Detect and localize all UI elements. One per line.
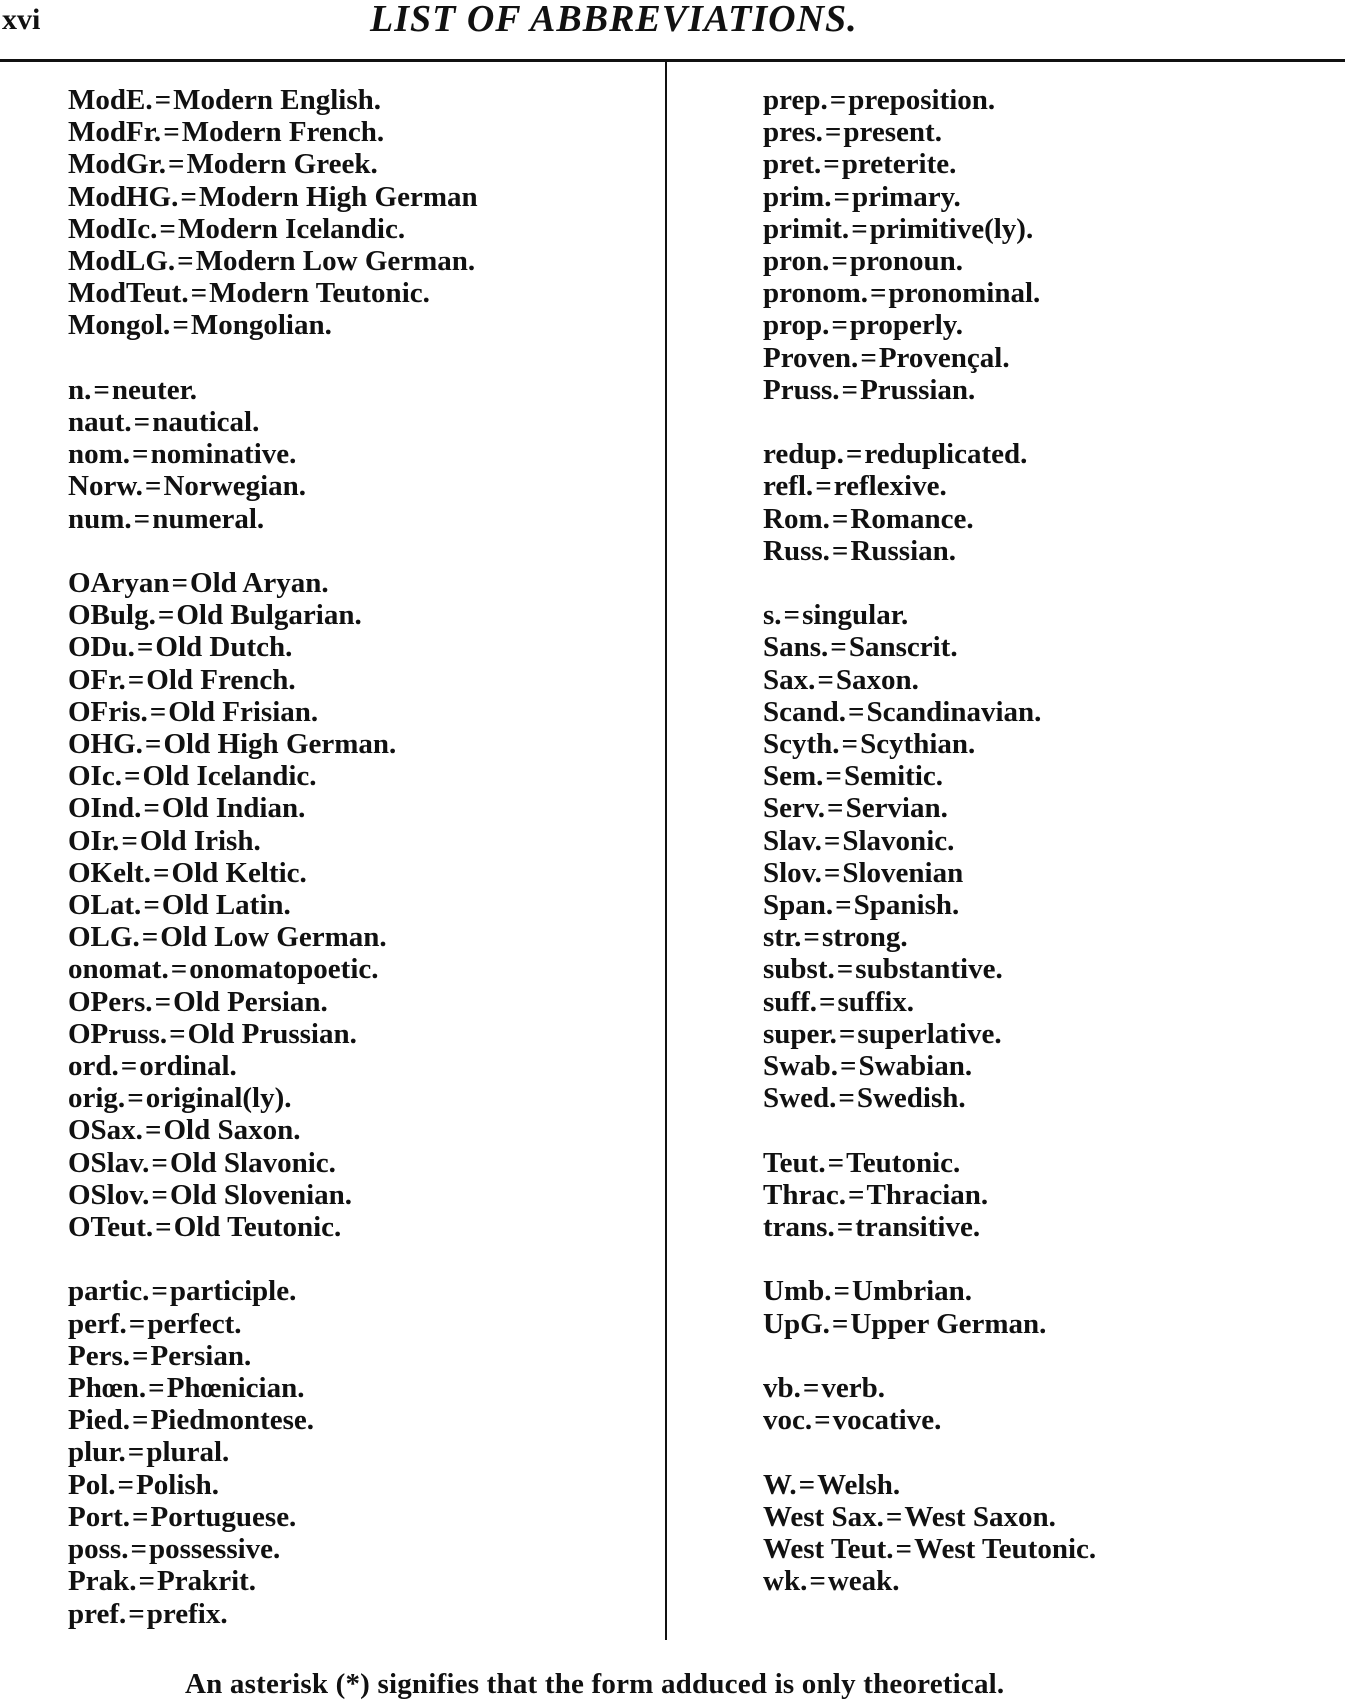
equals-sign: = — [170, 309, 191, 341]
meaning: Old Dutch. — [155, 631, 292, 663]
equals-sign: = — [831, 181, 852, 213]
equals-sign: = — [153, 1211, 174, 1243]
abbreviation-entry: Sax.=Saxon. — [763, 664, 1323, 696]
abbreviation: wk. — [763, 1565, 807, 1597]
meaning: Old Indian. — [162, 792, 305, 824]
meaning: Modern High German — [199, 181, 478, 213]
meaning: Modern French. — [182, 116, 384, 148]
abbreviation-entry: Phœn.=Phœnician. — [68, 1372, 648, 1404]
abbreviation-entry: OTeut.=Old Teutonic. — [68, 1211, 648, 1243]
equals-sign: = — [130, 438, 151, 470]
meaning: Modern Teutonic. — [209, 277, 430, 309]
abbreviation-entry: Port.=Portuguese. — [68, 1501, 648, 1533]
abbreviation: voc. — [763, 1404, 812, 1436]
equals-sign: = — [829, 245, 850, 277]
meaning: reflexive. — [834, 470, 947, 502]
equals-sign: = — [821, 148, 842, 180]
abbreviation: Scand. — [763, 696, 846, 728]
equals-sign: = — [175, 245, 196, 277]
abbreviation: pres. — [763, 116, 823, 148]
equals-sign: = — [119, 825, 140, 857]
meaning: preterite. — [842, 148, 957, 180]
abbreviation: Pol. — [68, 1469, 116, 1501]
abbreviation-entry: OIr.=Old Irish. — [68, 825, 648, 857]
abbreviation-group: partic.=participle.perf.=perfect.Pers.=P… — [68, 1275, 648, 1629]
equals-sign: = — [143, 1114, 164, 1146]
equals-sign: = — [823, 760, 844, 792]
abbreviation-entry: s.=singular. — [763, 599, 1323, 631]
abbreviation-entry: ModIc.=Modern Icelandic. — [68, 213, 648, 245]
abbreviation-entry: plur.=plural. — [68, 1436, 648, 1468]
equals-sign: = — [130, 1340, 151, 1372]
abbreviation-entry: OLat.=Old Latin. — [68, 889, 648, 921]
equals-sign: = — [153, 84, 174, 116]
abbreviation-entry: OInd.=Old Indian. — [68, 792, 648, 824]
meaning: Modern Greek. — [187, 148, 378, 180]
abbreviation: redup. — [763, 438, 844, 470]
abbreviation-entry: prim.=primary. — [763, 181, 1323, 213]
header-rule — [0, 59, 1345, 62]
equals-sign: = — [126, 664, 147, 696]
abbreviation: OSlav. — [68, 1147, 149, 1179]
equals-sign: = — [149, 1179, 170, 1211]
equals-sign: = — [837, 1018, 858, 1050]
equals-sign: = — [178, 181, 199, 213]
abbreviation-entry: ODu.=Old Dutch. — [68, 631, 648, 663]
equals-sign: = — [143, 728, 164, 760]
equals-sign: = — [130, 1501, 151, 1533]
abbreviation-entry: ModHG.=Modern High German — [68, 181, 648, 213]
abbreviation-group: OAryan=Old Aryan.OBulg.=Old Bulgarian.OD… — [68, 567, 648, 1243]
equals-sign: = — [826, 1147, 847, 1179]
abbreviation-entry: Prak.=Prakrit. — [68, 1565, 648, 1597]
abbreviation-entry: Thrac.=Thracian. — [763, 1179, 1323, 1211]
equals-sign: = — [836, 1082, 857, 1114]
meaning: Persian. — [151, 1340, 252, 1372]
meaning: Servian. — [846, 792, 948, 824]
abbreviation: OFris. — [68, 696, 148, 728]
equals-sign: = — [149, 1147, 170, 1179]
abbreviation: ModTeut. — [68, 277, 189, 309]
abbreviation: OPers. — [68, 986, 153, 1018]
meaning: primary. — [852, 181, 961, 213]
abbreviation: Sem. — [763, 760, 823, 792]
equals-sign: = — [143, 470, 164, 502]
abbreviation: primit. — [763, 213, 849, 245]
abbreviation: nom. — [68, 438, 130, 470]
abbreviation-entry: ModLG.=Modern Low German. — [68, 245, 648, 277]
abbreviation-entry: OFr.=Old French. — [68, 664, 648, 696]
abbreviation: perf. — [68, 1308, 127, 1340]
abbreviation-entry: Scyth.=Scythian. — [763, 728, 1323, 760]
meaning: present. — [843, 116, 942, 148]
abbreviation-group: vb.=verb.voc.=vocative. — [763, 1372, 1323, 1436]
abbreviation: ODu. — [68, 631, 135, 663]
equals-sign: = — [830, 503, 851, 535]
meaning: Prussian. — [860, 374, 975, 406]
meaning: Thracian. — [867, 1179, 989, 1211]
abbreviation-entry: Russ.=Russian. — [763, 535, 1323, 567]
meaning: pronominal. — [889, 277, 1041, 309]
equals-sign: = — [141, 889, 162, 921]
abbreviation-entry: OSax.=Old Saxon. — [68, 1114, 648, 1146]
equals-sign: = — [167, 1018, 188, 1050]
abbreviation-entry: poss.=possessive. — [68, 1533, 648, 1565]
abbreviation-entry: West Teut.=West Teutonic. — [763, 1533, 1323, 1565]
left-column: ModE.=Modern English.ModFr.=Modern Frenc… — [68, 84, 648, 1662]
abbreviation-entry: ModGr.=Modern Greek. — [68, 148, 648, 180]
abbreviation-entry: Swab.=Swabian. — [763, 1050, 1323, 1082]
abbreviation-entry: wk.=weak. — [763, 1565, 1323, 1597]
equals-sign: = — [858, 342, 879, 374]
abbreviation-entry: orig.=original(ly). — [68, 1082, 648, 1114]
meaning: Polish. — [136, 1469, 219, 1501]
abbreviation: OSax. — [68, 1114, 143, 1146]
equals-sign: = — [815, 664, 836, 696]
equals-sign: = — [91, 374, 112, 406]
meaning: nominative. — [151, 438, 297, 470]
meaning: Old Aryan. — [190, 567, 329, 599]
abbreviation: ModE. — [68, 84, 153, 116]
meaning: verb. — [821, 1372, 885, 1404]
abbreviation-entry: prep.=preposition. — [763, 84, 1323, 116]
abbreviation: poss. — [68, 1533, 128, 1565]
abbreviation: Thrac. — [763, 1179, 846, 1211]
abbreviation: ord. — [68, 1050, 119, 1082]
abbreviation: Serv. — [763, 792, 825, 824]
equals-sign: = — [135, 631, 156, 663]
meaning: Modern English. — [173, 84, 381, 116]
abbreviation-entry: perf.=perfect. — [68, 1308, 648, 1340]
abbreviation-entry: prop.=properly. — [763, 309, 1323, 341]
meaning: substantive. — [855, 953, 1002, 985]
abbreviation: ModHG. — [68, 181, 178, 213]
abbreviation-entry: West Sax.=West Saxon. — [763, 1501, 1323, 1533]
abbreviation: Scyth. — [763, 728, 840, 760]
abbreviation: num. — [68, 503, 132, 535]
abbreviation: pret. — [763, 148, 821, 180]
abbreviation: OInd. — [68, 792, 141, 824]
abbreviation: partic. — [68, 1275, 149, 1307]
equals-sign: = — [801, 1372, 822, 1404]
meaning: participle. — [170, 1275, 296, 1307]
equals-sign: = — [119, 1050, 140, 1082]
abbreviation-group: n.=neuter.naut.=nautical.nom.=nominative… — [68, 374, 648, 535]
equals-sign: = — [835, 1211, 856, 1243]
meaning: Modern Icelandic. — [178, 213, 405, 245]
abbreviation-group: prep.=preposition.pres.=present.pret.=pr… — [763, 84, 1323, 406]
abbreviation: OPruss. — [68, 1018, 167, 1050]
meaning: Old Latin. — [162, 889, 291, 921]
meaning: weak. — [828, 1565, 900, 1597]
abbreviation-entry: Proven.=Provençal. — [763, 342, 1323, 374]
equals-sign: = — [828, 84, 849, 116]
meaning: onomatopoetic. — [189, 953, 378, 985]
equals-sign: = — [807, 1565, 828, 1597]
meaning: Piedmontese. — [151, 1404, 315, 1436]
equals-sign: = — [170, 567, 191, 599]
abbreviation-group: W.=Welsh.West Sax.=West Saxon.West Teut.… — [763, 1469, 1323, 1598]
abbreviation-entry: OSlov.=Old Slovenian. — [68, 1179, 648, 1211]
abbreviation: onomat. — [68, 953, 169, 985]
equals-sign: = — [830, 535, 851, 567]
equals-sign: = — [125, 1082, 146, 1114]
abbreviation: Proven. — [763, 342, 858, 374]
meaning: Swedish. — [857, 1082, 966, 1114]
equals-sign: = — [828, 631, 849, 663]
abbreviation-group: Umb.=Umbrian.UpG.=Upper German. — [763, 1275, 1323, 1339]
meaning: Old Persian. — [173, 986, 328, 1018]
equals-sign: = — [122, 760, 143, 792]
meaning: nautical. — [152, 406, 259, 438]
abbreviation-entry: OFris.=Old Frisian. — [68, 696, 648, 728]
meaning: pronoun. — [850, 245, 963, 277]
meaning: possessive. — [149, 1533, 280, 1565]
abbreviation: n. — [68, 374, 91, 406]
equals-sign: = — [838, 1050, 859, 1082]
abbreviation: OLG. — [68, 921, 140, 953]
abbreviation: refl. — [763, 470, 813, 502]
abbreviation-entry: ModE.=Modern English. — [68, 84, 648, 116]
abbreviation: W. — [763, 1469, 797, 1501]
abbreviation-entry: Scand.=Scandinavian. — [763, 696, 1323, 728]
meaning: Old Icelandic. — [143, 760, 317, 792]
meaning: Umbrian. — [852, 1275, 972, 1307]
abbreviation: orig. — [68, 1082, 125, 1114]
abbreviation: prep. — [763, 84, 828, 116]
abbreviation-entry: pronom.=pronominal. — [763, 277, 1323, 309]
abbreviation: Umb. — [763, 1275, 831, 1307]
equals-sign: = — [868, 277, 889, 309]
equals-sign: = — [831, 1275, 852, 1307]
abbreviation-entry: primit.=primitive(ly). — [763, 213, 1323, 245]
equals-sign: = — [126, 1436, 147, 1468]
abbreviation: pron. — [763, 245, 829, 277]
equals-sign: = — [849, 213, 870, 245]
abbreviation-entry: Span.=Spanish. — [763, 889, 1323, 921]
meaning: Upper German. — [850, 1308, 1046, 1340]
abbreviation: OKelt. — [68, 857, 151, 889]
equals-sign: = — [846, 696, 867, 728]
abbreviation: UpG. — [763, 1308, 830, 1340]
equals-sign: = — [128, 1533, 149, 1565]
abbreviation-entry: Pied.=Piedmontese. — [68, 1404, 648, 1436]
equals-sign: = — [132, 503, 153, 535]
abbreviation-entry: OHG.=Old High German. — [68, 728, 648, 760]
equals-sign: = — [884, 1501, 905, 1533]
meaning: Mongolian. — [191, 309, 332, 341]
abbreviation: Russ. — [763, 535, 830, 567]
abbreviation: Swab. — [763, 1050, 838, 1082]
abbreviation: Pied. — [68, 1404, 130, 1436]
meaning: suffix. — [838, 986, 915, 1018]
abbreviation: Swed. — [763, 1082, 836, 1114]
meaning: superlative. — [857, 1018, 1001, 1050]
abbreviation: Rom. — [763, 503, 830, 535]
meaning: Romance. — [850, 503, 973, 535]
abbreviation: OFr. — [68, 664, 126, 696]
equals-sign: = — [156, 599, 177, 631]
equals-sign: = — [825, 792, 846, 824]
abbreviation-entry: n.=neuter. — [68, 374, 648, 406]
meaning: neuter. — [112, 374, 197, 406]
abbreviation: OBulg. — [68, 599, 156, 631]
meaning: Old Bulgarian. — [176, 599, 361, 631]
equals-sign: = — [830, 1308, 851, 1340]
abbreviation-entry: pron.=pronoun. — [763, 245, 1323, 277]
abbreviation: subst. — [763, 953, 835, 985]
equals-sign: = — [840, 728, 861, 760]
meaning: properly. — [850, 309, 963, 341]
meaning: Old Saxon. — [163, 1114, 300, 1146]
equals-sign: = — [127, 1308, 148, 1340]
abbreviation-entry: OIc.=Old Icelandic. — [68, 760, 648, 792]
abbreviation-entry: ord.=ordinal. — [68, 1050, 648, 1082]
abbreviation: plur. — [68, 1436, 126, 1468]
equals-sign: = — [166, 148, 187, 180]
meaning: Portuguese. — [151, 1501, 297, 1533]
abbreviation: pref. — [68, 1598, 126, 1630]
abbreviation: Prak. — [68, 1565, 136, 1597]
meaning: West Saxon. — [904, 1501, 1055, 1533]
abbreviation-entry: OBulg.=Old Bulgarian. — [68, 599, 648, 631]
abbreviation-entry: OSlav.=Old Slavonic. — [68, 1147, 648, 1179]
equals-sign: = — [130, 1404, 151, 1436]
abbreviation-entry: trans.=transitive. — [763, 1211, 1323, 1243]
equals-sign: = — [822, 825, 843, 857]
abbreviation-entry: Rom.=Romance. — [763, 503, 1323, 535]
equals-sign: = — [812, 1404, 833, 1436]
page-number: xvi — [2, 0, 40, 40]
abbreviation: OLat. — [68, 889, 141, 921]
abbreviation: OTeut. — [68, 1211, 153, 1243]
equals-sign: = — [813, 470, 834, 502]
abbreviation-entry: OPers.=Old Persian. — [68, 986, 648, 1018]
abbreviation-entry: Pruss.=Prussian. — [763, 374, 1323, 406]
abbreviation: OIr. — [68, 825, 119, 857]
meaning: vocative. — [833, 1404, 942, 1436]
equals-sign: = — [782, 599, 803, 631]
equals-sign: = — [189, 277, 210, 309]
equals-sign: = — [149, 1275, 170, 1307]
abbreviation: Pruss. — [763, 374, 840, 406]
equals-sign: = — [835, 953, 856, 985]
equals-sign: = — [823, 116, 844, 148]
meaning: Old Low German. — [160, 921, 386, 953]
abbreviation-entry: pref.=prefix. — [68, 1598, 648, 1630]
equals-sign: = — [797, 1469, 818, 1501]
abbreviation: ModIc. — [68, 213, 157, 245]
equals-sign: = — [844, 438, 865, 470]
abbreviation-entry: Sans.=Sanscrit. — [763, 631, 1323, 663]
abbreviation-entry: partic.=participle. — [68, 1275, 648, 1307]
abbreviation-group: ModE.=Modern English.ModFr.=Modern Frenc… — [68, 84, 648, 342]
meaning: Slavonic. — [842, 825, 954, 857]
abbreviation-entry: W.=Welsh. — [763, 1469, 1323, 1501]
abbreviation-entry: suff.=suffix. — [763, 986, 1323, 1018]
equals-sign: = — [126, 1598, 147, 1630]
abbreviation-entry: ModFr.=Modern French. — [68, 116, 648, 148]
meaning: Old High German. — [163, 728, 396, 760]
meaning: Swabian. — [858, 1050, 972, 1082]
abbreviation-entry: num.=numeral. — [68, 503, 648, 535]
meaning: Spanish. — [854, 889, 960, 921]
equals-sign: = — [833, 889, 854, 921]
abbreviation: Norw. — [68, 470, 143, 502]
abbreviation: Phœn. — [68, 1372, 146, 1404]
page-title: LIST OF ABBREVIATIONS. — [370, 0, 858, 40]
abbreviation: Slov. — [763, 857, 822, 889]
meaning: prefix. — [147, 1598, 228, 1630]
abbreviation-entry: Swed.=Swedish. — [763, 1082, 1323, 1114]
abbreviation-entry: onomat.=onomatopoetic. — [68, 953, 648, 985]
meaning: Slovenian — [842, 857, 963, 889]
meaning: preposition. — [848, 84, 995, 116]
equals-sign: = — [132, 406, 153, 438]
abbreviation-entry: Pol.=Polish. — [68, 1469, 648, 1501]
abbreviation: West Teut. — [763, 1533, 894, 1565]
meaning: reduplicated. — [864, 438, 1027, 470]
abbreviation-entry: Teut.=Teutonic. — [763, 1147, 1323, 1179]
meaning: Old Frisian. — [168, 696, 318, 728]
abbreviation: Span. — [763, 889, 833, 921]
abbreviation: ModLG. — [68, 245, 175, 277]
meaning: Russian. — [850, 535, 956, 567]
meaning: Prakrit. — [157, 1565, 256, 1597]
meaning: Teutonic. — [846, 1147, 960, 1179]
abbreviation-entry: str.=strong. — [763, 921, 1323, 953]
abbreviation: super. — [763, 1018, 837, 1050]
abbreviation: OSlov. — [68, 1179, 149, 1211]
abbreviation: OAryan — [68, 567, 170, 599]
abbreviation: West Sax. — [763, 1501, 884, 1533]
meaning: Phœnician. — [167, 1372, 305, 1404]
abbreviation-entry: OLG.=Old Low German. — [68, 921, 648, 953]
abbreviation-entry: Norw.=Norwegian. — [68, 470, 648, 502]
meaning: strong. — [822, 921, 908, 953]
equals-sign: = — [801, 921, 822, 953]
abbreviation: prim. — [763, 181, 831, 213]
equals-sign: = — [151, 857, 172, 889]
abbreviation-entry: super.=superlative. — [763, 1018, 1323, 1050]
meaning: Old Slavonic. — [170, 1147, 336, 1179]
meaning: Old Slovenian. — [170, 1179, 352, 1211]
abbreviation: s. — [763, 599, 782, 631]
meaning: Norwegian. — [163, 470, 306, 502]
right-column: prep.=preposition.pres.=present.pret.=pr… — [763, 84, 1323, 1630]
equals-sign: = — [161, 116, 182, 148]
abbreviation-entry: naut.=nautical. — [68, 406, 648, 438]
footnote: An asterisk (*) signifies that the form … — [185, 1666, 1004, 1702]
abbreviation: Sans. — [763, 631, 828, 663]
meaning: Scandinavian. — [867, 696, 1042, 728]
abbreviation: Teut. — [763, 1147, 826, 1179]
abbreviation: ModFr. — [68, 116, 161, 148]
meaning: primitive(ly). — [870, 213, 1033, 245]
meaning: Semitic. — [844, 760, 943, 792]
meaning: Sanscrit. — [849, 631, 958, 663]
equals-sign: = — [116, 1469, 137, 1501]
abbreviation-entry: ModTeut.=Modern Teutonic. — [68, 277, 648, 309]
abbreviation: Slav. — [763, 825, 822, 857]
equals-sign: = — [140, 921, 161, 953]
abbreviation-group: Teut.=Teutonic.Thrac.=Thracian.trans.=tr… — [763, 1147, 1323, 1244]
abbreviation-entry: subst.=substantive. — [763, 953, 1323, 985]
equals-sign: = — [822, 857, 843, 889]
abbreviation: prop. — [763, 309, 829, 341]
equals-sign: = — [894, 1533, 915, 1565]
equals-sign: = — [829, 309, 850, 341]
